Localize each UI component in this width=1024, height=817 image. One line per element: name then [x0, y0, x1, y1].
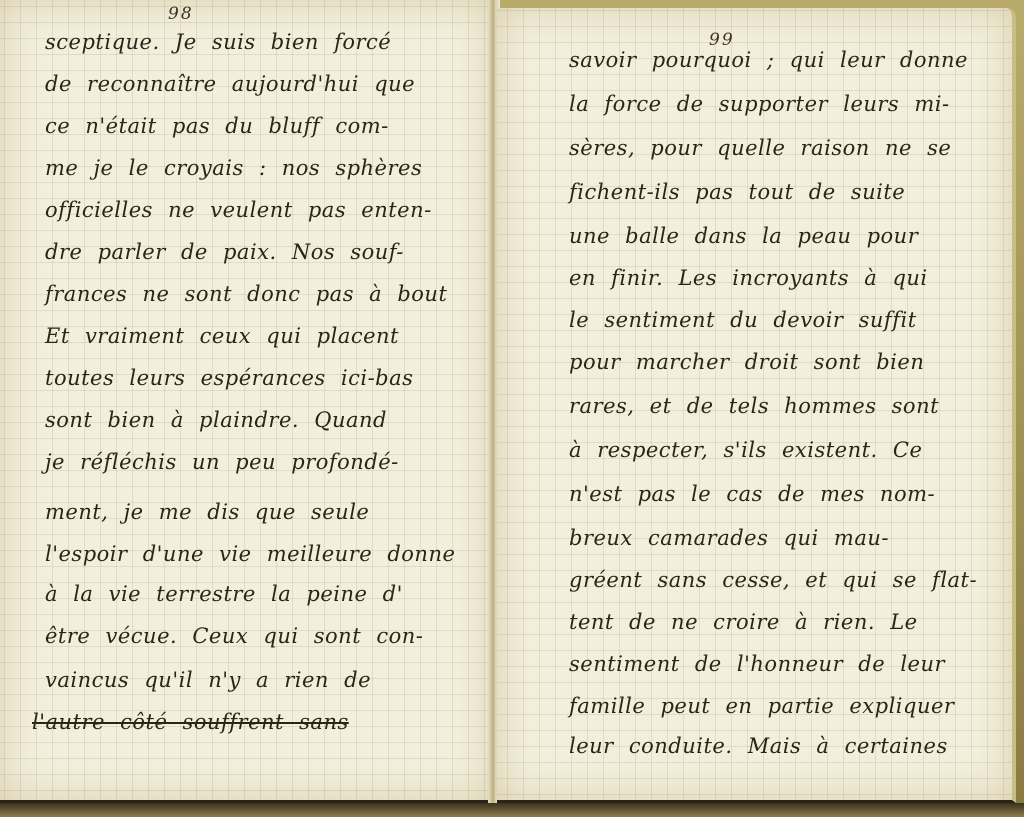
handwritten-line: en finir. Les incroyants à qui	[569, 266, 928, 290]
handwritten-line: dre parler de paix. Nos souf-	[45, 240, 404, 264]
right-page: 99 savoir pourquoi ; qui leur donne la f…	[497, 8, 1016, 803]
handwritten-line: officielles ne veulent pas enten-	[45, 198, 432, 222]
handwritten-line: savoir pourquoi ; qui leur donne	[569, 48, 968, 72]
handwritten-line: sceptique. Je suis bien forcé	[45, 30, 391, 54]
handwritten-line: leur conduite. Mais à certaines	[569, 734, 948, 758]
handwritten-line: je réfléchis un peu profondé-	[45, 450, 399, 474]
handwritten-line: ce n'était pas du bluff com-	[45, 114, 389, 138]
handwritten-line: de reconnaître aujourd'hui que	[45, 72, 415, 96]
handwritten-line: sères, pour quelle raison ne se	[569, 136, 951, 160]
handwritten-line: famille peut en partie expliquer	[569, 694, 954, 718]
notebook-bottom-edge	[0, 803, 1024, 817]
handwritten-line: sentiment de l'honneur de leur	[569, 652, 945, 676]
handwritten-line: n'est pas le cas de mes nom-	[569, 482, 935, 506]
handwritten-line: me je le croyais : nos sphères	[45, 156, 422, 180]
handwritten-line: breux camarades qui mau-	[569, 526, 889, 550]
handwritten-line: l'espoir d'une vie meilleure donne	[45, 542, 455, 566]
handwritten-line: toutes leurs espérances ici-bas	[45, 366, 413, 390]
handwritten-line: rares, et de tels hommes sont	[569, 394, 939, 418]
handwritten-line: Et vraiment ceux qui placent	[45, 324, 399, 348]
handwritten-line: sont bien à plaindre. Quand	[45, 408, 387, 432]
handwritten-line-overwritten: l'autre côté souffrent sans	[32, 710, 349, 734]
handwritten-line: ment, je me dis que seule	[45, 500, 369, 524]
handwritten-line: frances ne sont donc pas à bout	[45, 282, 447, 306]
page-number: 99	[709, 30, 735, 50]
handwritten-line: être vécue. Ceux qui sont con-	[45, 624, 423, 648]
handwritten-line: à respecter, s'ils existent. Ce	[569, 438, 922, 462]
handwritten-line: fichent-ils pas tout de suite	[569, 180, 905, 204]
handwritten-line: gréent sans cesse, et qui se flat-	[569, 568, 977, 592]
handwritten-line: la force de supporter leurs mi-	[569, 92, 950, 116]
page-number: 98	[168, 4, 194, 24]
left-page: 98 sceptique. Je suis bien forcé de reco…	[0, 0, 492, 803]
handwritten-line: vaincus qu'il n'y a rien de	[45, 668, 371, 692]
handwritten-line: à la vie terrestre la peine d'	[45, 582, 403, 606]
handwritten-line: tent de ne croire à rien. Le	[569, 610, 918, 634]
handwritten-line: le sentiment du devoir suffit	[569, 308, 917, 332]
handwritten-line: pour marcher droit sont bien	[569, 350, 924, 374]
handwritten-line: une balle dans la peau pour	[569, 224, 918, 248]
